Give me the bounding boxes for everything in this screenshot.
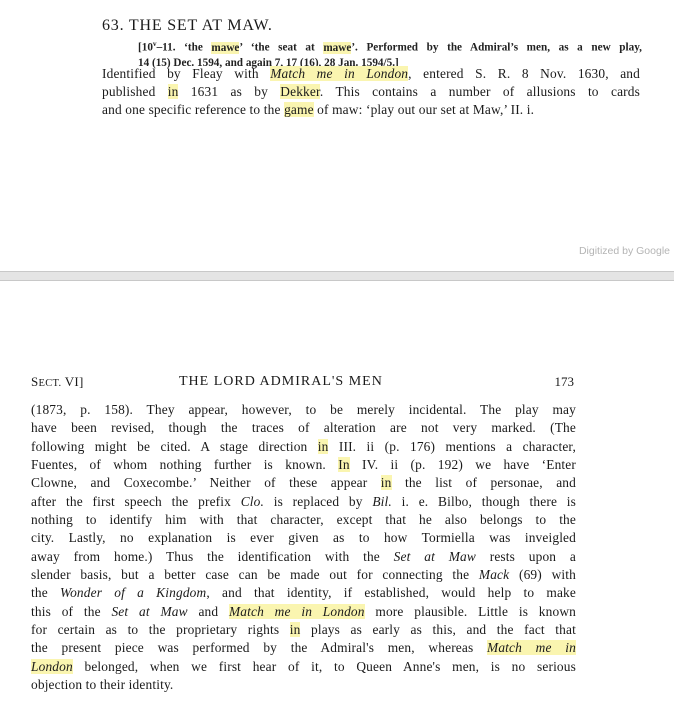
search-highlight: Match me in London [270,66,408,81]
search-highlight: London [31,659,73,674]
entry-title: THE SET AT MAW. [129,17,273,34]
text-run: , entered S. R. 8 Nov. 1630, and [408,66,640,81]
text-run: IV. ii (p. 192) we have ‘Enter [350,457,576,472]
text-run: Set at Maw [394,549,476,564]
text-line: away from home.) Thus the identification… [31,548,576,566]
text-run: is replaced by [264,494,372,509]
text-run: (69) with [509,567,576,582]
running-head: SECT. VI] THE LORD ADMIRAL'S MEN 173 [31,374,574,394]
search-highlight: In [338,457,349,472]
search-highlight: in [381,475,392,490]
text-run: [10 [138,42,153,54]
text-run: published [102,84,168,99]
text-line: objection to their identity. [31,676,576,694]
text-run: slender basis, but a better case can be … [31,567,479,582]
text-run: Clo. [241,494,264,509]
text-line: city. Lastly, no explanation is ever giv… [31,529,576,547]
text-line: the Wonder of a Kingdom, and that identi… [31,584,576,602]
search-highlight: mawe [323,42,351,54]
page-number: 173 [555,374,575,390]
entry-paragraph: Identified by Fleay with Match me in Lon… [102,65,640,120]
search-highlight: Match me in [487,640,576,655]
text-line: and one specific reference to the game o… [102,101,640,119]
text-line: Fuentes, of whom nothing further is know… [31,456,576,474]
text-run: and one specific reference to the [102,102,284,117]
running-title: THE LORD ADMIRAL'S MEN [179,374,383,390]
text-line: published in 1631 as by Dekker. This con… [102,83,640,101]
text-run: Mack [479,567,509,582]
text-line: (1873, p. 158). They appear, however, to… [31,401,576,419]
text-line: Clowne, and Coxecombe.’ Neither of these… [31,474,576,492]
text-run: following might be cited. A stage direct… [31,439,318,454]
text-line: for certain as to the proprietary rights… [31,621,576,639]
text-run: for certain as to the proprietary rights [31,622,290,637]
text-run: of maw: ‘play out our set at Maw,’ II. i… [314,102,535,117]
text-run: the list of personae, and [392,475,576,490]
text-line: [10v–11. ‘the mawe’ ‘the seat at mawe’. … [138,37,642,56]
text-run: have been revised, though the traces of … [31,420,576,435]
text-run: , and that identity, if established, wou… [206,585,576,600]
text-run: Bil. [372,494,392,509]
entry-number: 63. [102,17,124,34]
text-run: (1873, p. 158). They appear, however, to… [31,402,576,417]
text-run: city. Lastly, no explanation is ever giv… [31,530,576,545]
text-run: Fuentes, of whom nothing further is know… [31,457,338,472]
text-run: more plausible. Little is known [365,604,576,619]
text-line: Identified by Fleay with Match me in Lon… [102,65,640,83]
digitized-by-google-watermark: Digitized by Google [579,245,670,257]
text-run: 1631 as by [178,84,280,99]
page-scan-top: 63. THE SET AT MAW. [10v–11. ‘the mawe’ … [0,0,674,271]
text-run: belonged, when we first hear of it, to Q… [73,659,576,674]
entry-heading: 63. THE SET AT MAW. [102,17,273,35]
text-line: the present piece was performed by the A… [31,639,576,657]
text-line: slender basis, but a better case can be … [31,566,576,584]
text-run: Set at Maw [111,604,187,619]
text-run: the present piece was performed by the A… [31,640,487,655]
body-paragraph: (1873, p. 158). They appear, however, to… [31,401,576,695]
search-highlight: in [168,84,179,99]
text-run: ’ ‘the seat at [239,42,323,54]
search-highlight: mawe [211,42,239,54]
text-run: plays as early as this, and the fact tha… [300,622,576,637]
text-run: Clowne, and Coxecombe.’ Neither of these… [31,475,381,490]
text-run: after the first speech the prefix [31,494,241,509]
text-run: nothing to identify him with that charac… [31,512,576,527]
text-run: this of the [31,604,111,619]
text-line: following might be cited. A stage direct… [31,438,576,456]
text-run: rests upon a [476,549,576,564]
text-line: this of the Set at Maw and Match me in L… [31,603,576,621]
search-highlight: Dekker [280,84,320,99]
text-run: –11. ‘the [157,42,212,54]
section-label: SECT. VI] [31,374,84,390]
text-run: Wonder of a Kingdom [60,585,206,600]
text-run: objection to their identity. [31,677,173,692]
text-line: after the first speech the prefix Clo. i… [31,493,576,511]
search-highlight: Match me in London [229,604,365,619]
text-run: III. ii (p. 176) mentions a character, [328,439,576,454]
text-line: have been revised, though the traces of … [31,419,576,437]
text-run: the [31,585,60,600]
text-run: i. e. Bilbo, though there is [392,494,576,509]
text-line: London belonged, when we first hear of i… [31,658,576,676]
page-separator [0,271,674,281]
search-highlight: game [284,102,314,117]
text-run: and [188,604,229,619]
text-run: . This contains a number of allusions to… [320,84,640,99]
text-run: away from home.) Thus the identification… [31,549,394,564]
text-run: ’. Performed by the Admiral’s men, as a … [351,42,642,54]
text-line: nothing to identify him with that charac… [31,511,576,529]
search-highlight: in [318,439,329,454]
text-run: Identified by Fleay with [102,66,270,81]
search-highlight: in [290,622,301,637]
page-scan-bottom: SECT. VI] THE LORD ADMIRAL'S MEN 173 (18… [0,282,674,701]
